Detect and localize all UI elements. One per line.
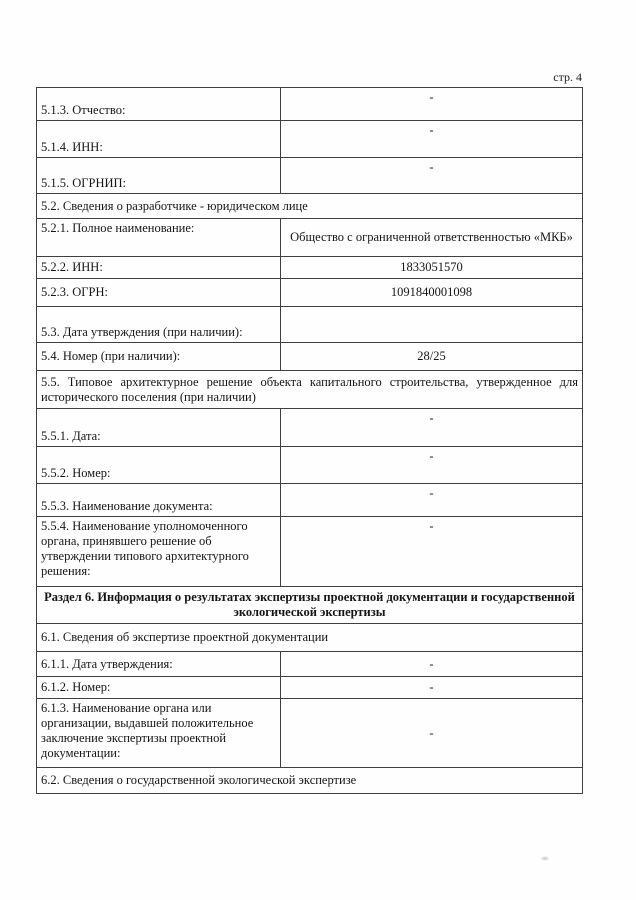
- table-row: 5.2.2. ИНН: 1833051570: [37, 257, 583, 279]
- field-value: [281, 307, 583, 343]
- table-row: 5.2.3. ОГРН: 1091840001098: [37, 279, 583, 307]
- section-row: 5.2. Сведения о разработчике - юридическ…: [37, 194, 583, 219]
- section-row: 6.2. Сведения о государственной экологич…: [37, 768, 583, 794]
- field-value: Общество с ограниченной ответственностью…: [281, 219, 583, 257]
- section-row: 5.5. Типовое архитектурное решение объек…: [37, 371, 583, 409]
- form-table: 5.1.3. Отчество: - 5.1.4. ИНН: - 5.1.5. …: [36, 87, 583, 794]
- table-row: 5.1.4. ИНН: -: [37, 121, 583, 158]
- field-value: 1833051570: [281, 257, 583, 279]
- field-value: 28/25: [281, 343, 583, 371]
- field-label: 5.1.3. Отчество:: [37, 88, 281, 121]
- section-title-row: Раздел 6. Информация о результатах экспе…: [37, 587, 583, 624]
- field-label: 5.4. Номер (при наличии):: [37, 343, 281, 371]
- field-value: -: [281, 517, 583, 587]
- field-value: -: [281, 88, 583, 121]
- table-row: 6.1.2. Номер: -: [37, 677, 583, 699]
- scan-artifact: [540, 856, 550, 861]
- field-value: -: [281, 121, 583, 158]
- document-page: стр. 4 5.1.3. Отчество: - 5.1.4. ИНН: - …: [0, 0, 636, 900]
- table-row: 5.2. Сведения о разработчике - юридическ…: [37, 194, 583, 219]
- field-label: 5.3. Дата утверждения (при наличии):: [37, 307, 281, 343]
- field-value: -: [281, 158, 583, 194]
- field-label: 5.5.3. Наименование документа:: [37, 484, 281, 517]
- field-value: -: [281, 652, 583, 677]
- field-label: 5.1.5. ОГРНИП:: [37, 158, 281, 194]
- table-row: 5.5.2. Номер: -: [37, 447, 583, 484]
- field-value: 1091840001098: [281, 279, 583, 307]
- table-row: 5.1.5. ОГРНИП: -: [37, 158, 583, 194]
- field-label: 6.1.3. Наименование органа или организац…: [37, 699, 281, 768]
- table-row: 5.5.1. Дата: -: [37, 409, 583, 447]
- field-label: 5.2.1. Полное наименование:: [37, 219, 281, 257]
- field-label: 5.2.2. ИНН:: [37, 257, 281, 279]
- field-value: -: [281, 484, 583, 517]
- table-row: 5.5.4. Наименование уполномоченного орга…: [37, 517, 583, 587]
- table-row: 5.5. Типовое архитектурное решение объек…: [37, 371, 583, 409]
- table-row: 6.1.3. Наименование органа или организац…: [37, 699, 583, 768]
- field-label: 6.1.2. Номер:: [37, 677, 281, 699]
- field-label: 5.5.1. Дата:: [37, 409, 281, 447]
- field-label: 6.1.1. Дата утверждения:: [37, 652, 281, 677]
- table-row: 5.1.3. Отчество: -: [37, 88, 583, 121]
- table-row: 5.3. Дата утверждения (при наличии):: [37, 307, 583, 343]
- field-value: -: [281, 447, 583, 484]
- table-row: 5.4. Номер (при наличии): 28/25: [37, 343, 583, 371]
- table-row: 6.1.1. Дата утверждения: -: [37, 652, 583, 677]
- field-label: 5.5.4. Наименование уполномоченного орга…: [37, 517, 281, 587]
- field-label: 5.2.3. ОГРН:: [37, 279, 281, 307]
- table-row: 5.2.1. Полное наименование: Общество с о…: [37, 219, 583, 257]
- field-value: -: [281, 409, 583, 447]
- section-row: 6.1. Сведения об экспертизе проектной до…: [37, 624, 583, 652]
- field-value: -: [281, 699, 583, 768]
- table-row: Раздел 6. Информация о результатах экспе…: [37, 587, 583, 624]
- field-value: -: [281, 677, 583, 699]
- page-number: стр. 4: [553, 70, 582, 84]
- field-label: 5.1.4. ИНН:: [37, 121, 281, 158]
- table-row: 6.1. Сведения об экспертизе проектной до…: [37, 624, 583, 652]
- table-row: 5.5.3. Наименование документа: -: [37, 484, 583, 517]
- field-label: 5.5.2. Номер:: [37, 447, 281, 484]
- table-row: 6.2. Сведения о государственной экологич…: [37, 768, 583, 794]
